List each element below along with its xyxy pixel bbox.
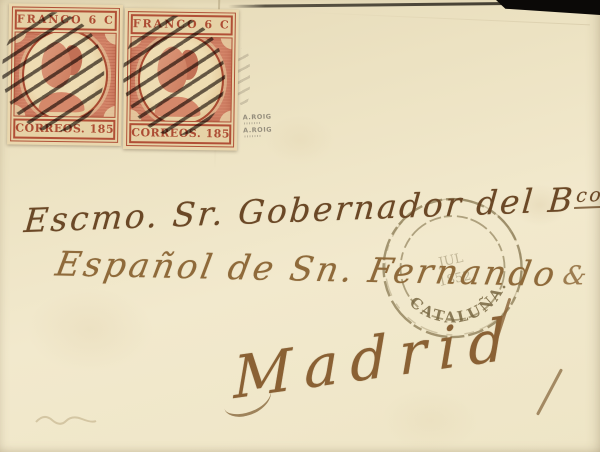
faint-pencil-squiggle (34, 410, 100, 432)
stamp-corner-ornament (103, 106, 116, 118)
postage-stamp-right: FRANCO 6 Cs CORREOS. 1852. (123, 8, 239, 151)
address-line-1-superscript: co (574, 184, 600, 209)
expert-mark-subline (244, 122, 261, 125)
photo-of-postal-cover: FRANCO 6 Cs CORREOS. 1852. FRA (0, 0, 600, 452)
squiggle-path (36, 417, 96, 424)
expert-marks: A.ROIG A.ROIG (243, 114, 273, 141)
squiggle-svg (34, 410, 100, 428)
expert-mark-subline (244, 135, 261, 138)
stamp-pair: FRANCO 6 Cs CORREOS. 1852. FRA (7, 3, 240, 152)
stamp-corner-ornament (219, 110, 232, 122)
expert-mark-text: A.ROIG (243, 114, 272, 122)
address-line-2-flourish: & (554, 261, 592, 292)
expert-mark-text: A.ROIG (243, 126, 272, 134)
stamp-corner-ornament (220, 36, 232, 49)
stamp-corner-ornament (104, 32, 116, 45)
postage-stamp-left: FRANCO 6 Cs CORREOS. 1852. (7, 3, 123, 146)
